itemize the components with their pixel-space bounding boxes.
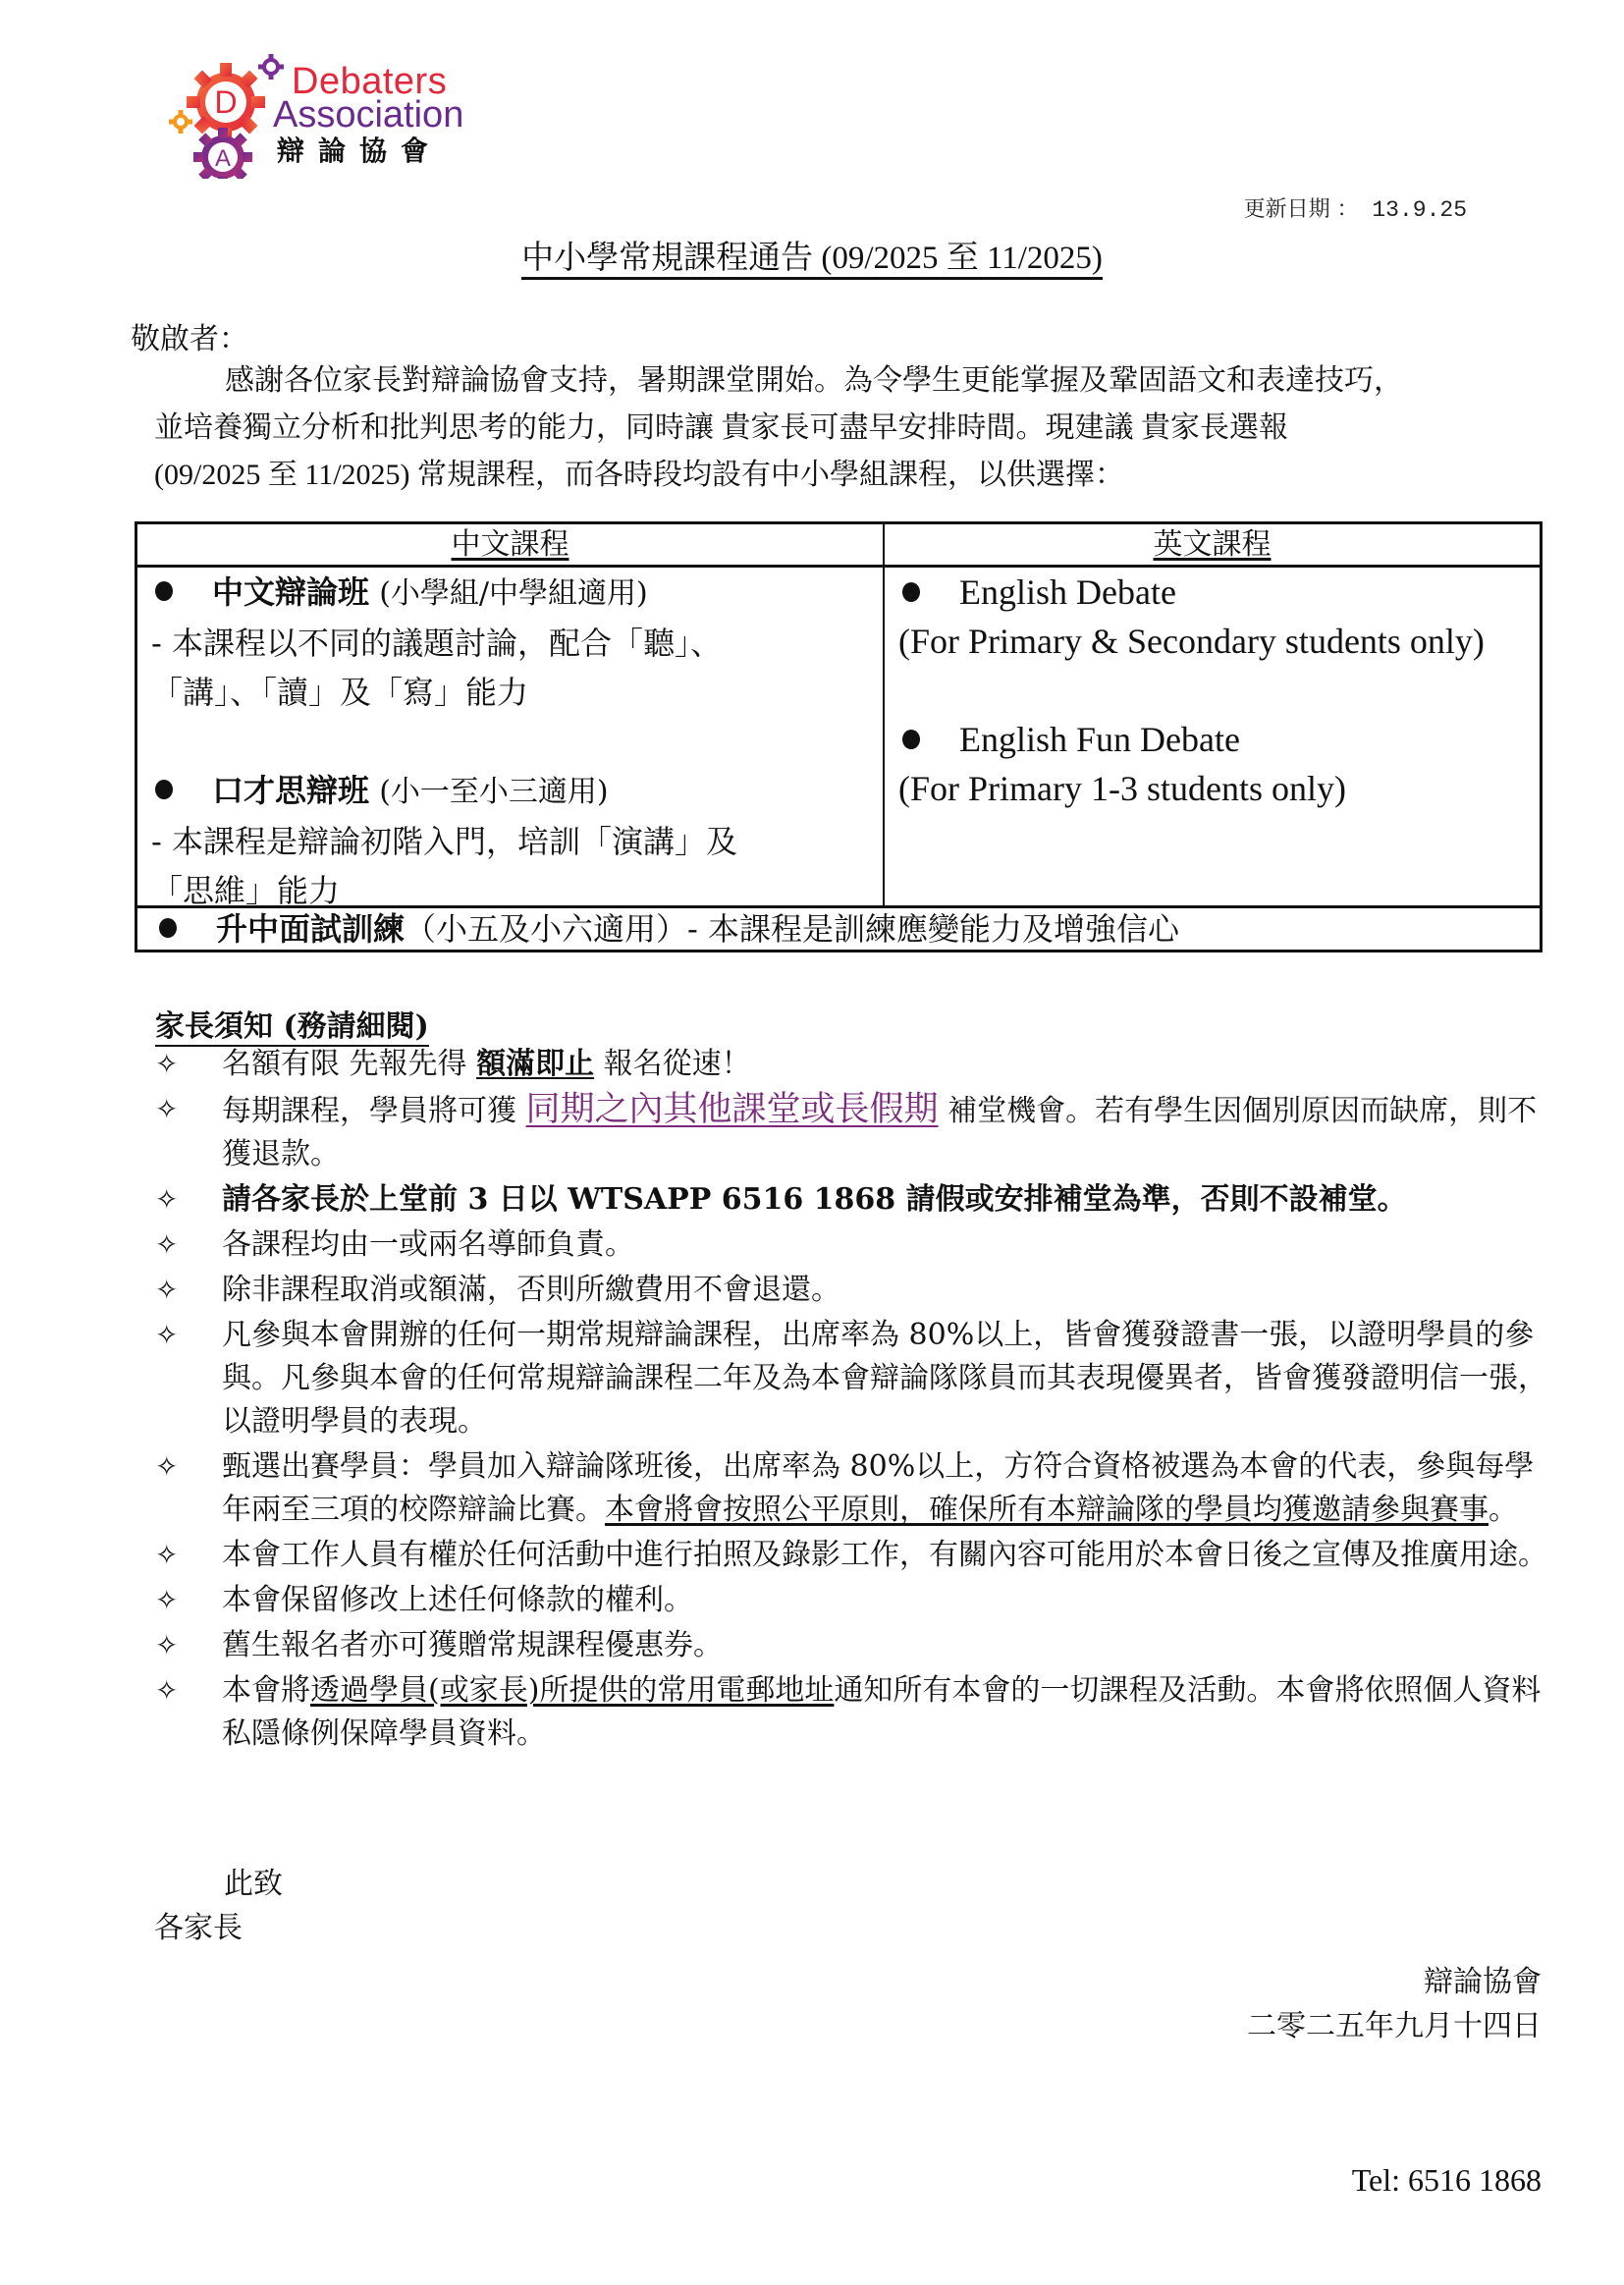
signature-organization: 辯論協會: [1424, 1957, 1542, 2000]
course-description: - 本課程是訓練應變能力及增強信心: [687, 910, 1179, 948]
star-bullet-icon: ✧: [155, 1624, 178, 1667]
notice-item: ✧ 名額有限 先報先得 額滿即止 報名從速！: [155, 1043, 1549, 1086]
notice-heading-text: 家長須知 (務請細閱): [155, 1009, 429, 1047]
course-name: English Fun Debate: [959, 720, 1240, 759]
star-bullet-icon: ✧: [155, 1224, 178, 1267]
signature-date: 二零二五年九月十四日: [1247, 2001, 1542, 2044]
course-item: English Debate: [898, 568, 1540, 617]
notice-item: ✧ 請各家長於上堂前 3 日以 WTSAPP 6516 1868 請假或安排補堂…: [155, 1178, 1549, 1222]
intro-line: (09/2025 至 11/2025) 常規課程，而各時段均設有中小學組課程，以…: [154, 452, 1548, 499]
closing-phrase: 此致: [224, 1859, 283, 1902]
star-bullet-icon: ✧: [155, 1534, 178, 1577]
update-date-value: 13.9.25: [1372, 197, 1467, 223]
course-name: 中文辯論班: [212, 573, 369, 611]
closing-recipient: 各家長: [154, 1903, 243, 1946]
update-date: 更新日期 ： 13.9.25: [1244, 192, 1467, 223]
logo-text-chinese: 辯論協會: [277, 137, 442, 165]
notice-text: 舊生報名者亦可獲贈常規課程優惠券。: [222, 1628, 723, 1662]
notice-text: 本會工作人員有權於任何活動中進行拍照及錄影工作，有關內容可能用於本會日後之宣傳及…: [222, 1538, 1547, 1572]
bullet-icon: [902, 582, 920, 602]
notice-text: 各課程均由一或兩名導師負責。: [222, 1227, 634, 1262]
notice-text: 請各家長於上堂前 3 日以 WTSAPP 6516 1868 請假或安排補堂為準…: [222, 1182, 1407, 1217]
star-bullet-icon: ✧: [155, 1269, 178, 1312]
notice-item: ✧ 每期課程，學員將可獲 同期之內其他課堂或長假期 補堂機會。若有學生因個別原因…: [155, 1088, 1549, 1176]
table-header-english-label: 英文課程: [1154, 527, 1272, 562]
course-description: 「講」、「讀」及「寫」能力: [151, 668, 883, 717]
bullet-icon: [902, 730, 920, 749]
svg-text:D: D: [214, 84, 237, 120]
notice-item: ✧ 本會保留修改上述任何條款的權利。: [155, 1579, 1549, 1622]
fairness-statement: 本會將會按照公平原則，確保所有本辯論隊的學員均獲邀請參與賽事: [605, 1493, 1489, 1527]
star-bullet-icon: ✧: [155, 1669, 178, 1713]
table-header-chinese: 中文課程: [137, 524, 885, 568]
course-name: 口才思辯班: [212, 772, 369, 809]
bullet-icon: [155, 581, 173, 601]
english-courses-cell: English Debate (For Primary & Secondary …: [885, 568, 1540, 905]
table-header-english: 英文課程: [885, 524, 1540, 568]
star-bullet-icon: ✧: [155, 1314, 178, 1357]
notice-text: 名額有限 先報先得: [222, 1047, 476, 1081]
notice-item: ✧ 各課程均由一或兩名導師負責。: [155, 1224, 1549, 1267]
star-bullet-icon: ✧: [155, 1445, 178, 1489]
star-bullet-icon: ✧: [155, 1178, 178, 1222]
course-item: 口才思辯班 (小一至小三適用): [151, 766, 883, 817]
bullet-icon: [155, 780, 173, 799]
course-audience: （小五及小六適用）: [405, 910, 687, 948]
course-audience: (小學組/中學組適用): [379, 576, 648, 611]
notice-text: 每期課程，學員將可獲: [222, 1094, 526, 1128]
update-date-label: 更新日期 ：: [1244, 197, 1359, 222]
course-item: 中文辯論班 (小學組/中學組適用): [151, 568, 883, 619]
notice-text: 報名從速！: [594, 1047, 751, 1081]
salutation: 敬啟者：: [131, 316, 248, 363]
page-title-text: 中小學常規課程通告 (09/2025 至 11/2025): [521, 241, 1103, 280]
notice-item: ✧ 凡參與本會開辦的任何一期常規辯論課程，出席率為 80%以上，皆會獲發證書一張…: [155, 1314, 1549, 1443]
intro-paragraph: 感謝各位家長對辯論協會支持，暑期課堂開始。為令學生更能掌握及鞏固語文和表達技巧，…: [154, 357, 1548, 499]
notice-item: ✧ 甄選出賽學員：學員加入辯論隊班後，出席率為 80%以上，方符合資格被選為本會…: [155, 1445, 1549, 1532]
email-statement: 透過學員(或家長)所提供的常用電郵地址: [310, 1673, 834, 1708]
logo-text-association: Association: [273, 96, 463, 134]
intro-line: 並培養獨立分析和批判思考的能力，同時讓 貴家長可盡早安排時間。現建議 貴家長選報: [154, 405, 1548, 452]
notice-item: ✧ 本會工作人員有權於任何活動中進行拍照及錄影工作，有關內容可能用於本會日後之宣…: [155, 1534, 1549, 1577]
notice-item: ✧ 除非課程取消或額滿，否則所繳費用不會退還。: [155, 1269, 1549, 1312]
notice-text: 除非課程取消或額滿，否則所繳費用不會退還。: [222, 1273, 840, 1307]
star-bullet-icon: ✧: [155, 1088, 178, 1131]
page-title: 中小學常規課程通告 (09/2025 至 11/2025): [0, 232, 1624, 278]
notice-text: 本會將: [222, 1673, 310, 1708]
makeup-class-link[interactable]: 同期之內其他課堂或長假期: [526, 1090, 939, 1129]
course-description: - 本課程以不同的議題討論，配合「聽」、: [151, 619, 883, 668]
intro-line: 感謝各位家長對辯論協會支持，暑期課堂開始。為令學生更能掌握及鞏固語文和表達技巧，: [154, 357, 1548, 405]
course-table: 中文課程 英文課程 中文辯論班 (小學組/中學組適用) - 本課程以不同的議題討…: [135, 521, 1543, 952]
course-item: English Fun Debate: [898, 715, 1540, 764]
course-audience: (For Primary 1-3 students only): [898, 764, 1540, 813]
notice-list: ✧ 名額有限 先報先得 額滿即止 報名從速！ ✧ 每期課程，學員將可獲 同期之內…: [155, 1043, 1549, 1758]
course-audience: (小一至小三適用): [379, 775, 608, 809]
footer-telephone: Tel: 6516 1868: [1352, 2162, 1542, 2199]
interview-course-row: 升中面試訓練（小五及小六適用）- 本課程是訓練應變能力及增強信心: [137, 905, 1540, 950]
notice-text: 凡參與本會開辦的任何一期常規辯論課程，出席率為 80%以上，皆會獲發證書一張，以…: [222, 1318, 1547, 1439]
debaters-association-logo: D A: [167, 51, 481, 179]
notice-text: 本會保留修改上述任何條款的權利。: [222, 1583, 693, 1617]
notice-item: ✧ 舊生報名者亦可獲贈常規課程優惠券。: [155, 1624, 1549, 1667]
course-audience: (For Primary & Secondary students only): [898, 617, 1540, 666]
svg-text:A: A: [215, 145, 231, 172]
table-header-chinese-label: 中文課程: [452, 527, 569, 562]
bullet-icon: [159, 918, 177, 938]
notice-heading: 家長須知 (務請細閱): [155, 1002, 429, 1045]
course-name: 升中面試訓練: [216, 910, 405, 948]
star-bullet-icon: ✧: [155, 1579, 178, 1622]
star-bullet-icon: ✧: [155, 1043, 178, 1086]
full-stop-emphasis: 額滿即止: [476, 1047, 594, 1081]
notice-text: 。: [1489, 1493, 1518, 1527]
notice-item: ✧ 本會將透過學員(或家長)所提供的常用電郵地址通知所有本會的一切課程及活動。本…: [155, 1669, 1549, 1756]
chinese-courses-cell: 中文辯論班 (小學組/中學組適用) - 本課程以不同的議題討論，配合「聽」、 「…: [137, 568, 885, 905]
course-description: - 本課程是辯論初階入門，培訓「演講」及: [151, 817, 883, 866]
course-name: English Debate: [959, 572, 1176, 612]
